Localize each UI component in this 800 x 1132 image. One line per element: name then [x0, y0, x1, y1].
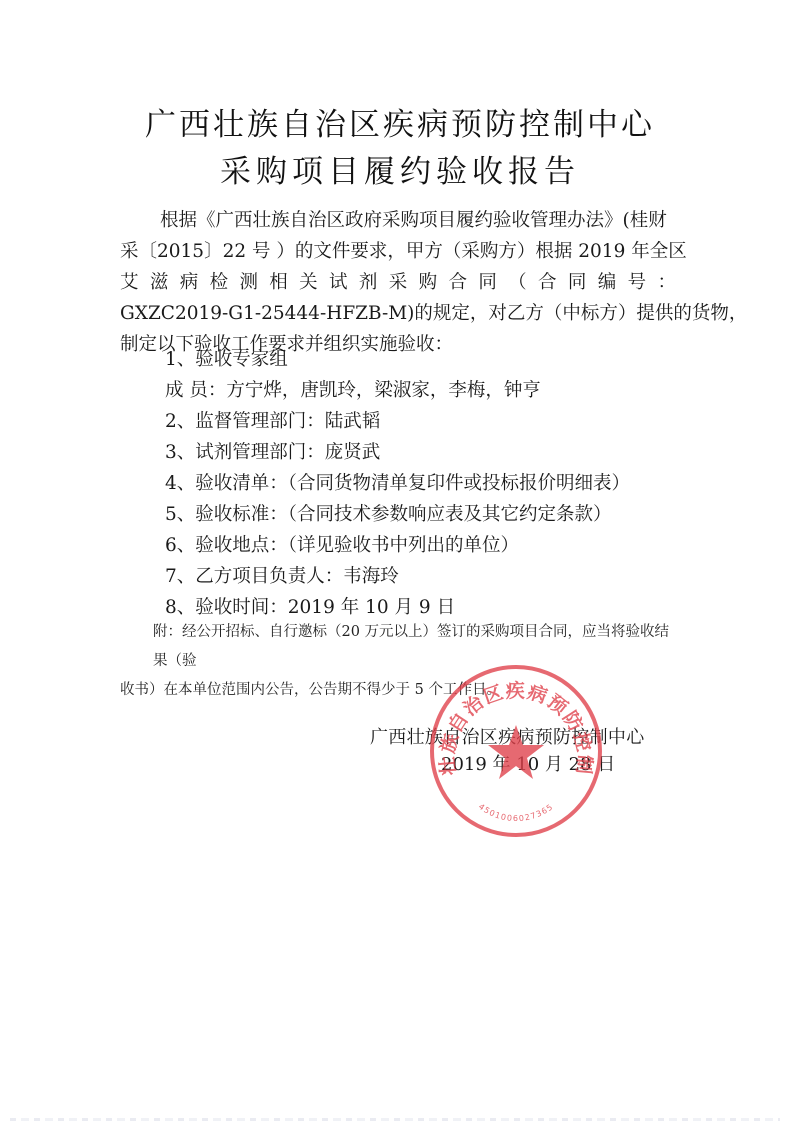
intro-line-3-char: 编	[598, 267, 617, 298]
document-page: 广西壮族自治区疾病预防控制中心 采购项目履约验收报告 根据《广西壮族自治区政府采…	[0, 0, 800, 1132]
list-item-location: 6、验收地点：（详见验收书中列出的单位）	[120, 530, 676, 561]
signature-date: 2019 年 10 月 28 日	[370, 751, 670, 778]
intro-line-3-char: 采	[389, 267, 408, 298]
intro-line-3-char: 测	[239, 267, 258, 298]
list-item-project-lead: 7、乙方项目负责人：韦海玲	[120, 561, 676, 592]
list-item-members: 成 员：方宁烨，唐凯玲，梁淑家，李梅，钟亨	[120, 375, 676, 406]
requirements-list: 1、验收专家组 成 员：方宁烨，唐凯玲，梁淑家，李梅，钟亨 2、监督管理部门：陆…	[120, 344, 676, 623]
intro-line-3-char: 购	[419, 267, 438, 298]
intro-line-3: 艾滋病检测相关试剂采购合同（合同编号：	[120, 267, 676, 298]
note-line-1: 附：经公开招标、自行邀标（20 万元以上）签订的采购项目合同，应当将验收结果（验	[120, 618, 680, 676]
intro-line-3-char: 相	[269, 267, 288, 298]
list-item-reagent-dept: 3、试剂管理部门：庞贤武	[120, 437, 676, 468]
intro-line-3-char: 号	[628, 267, 647, 298]
intro-line-3-char: 同	[478, 267, 497, 298]
list-item-checklist: 4、验收清单：（合同货物清单复印件或投标报价明细表）	[120, 468, 676, 499]
intro-line-3-char: 艾	[120, 267, 139, 298]
scan-artifact	[10, 1118, 780, 1121]
note-line-2: 收书）在本单位范围内公告，公告期不得少于 5 个工作日。	[120, 676, 680, 705]
list-item-supervision-dept: 2、监督管理部门：陆武韬	[120, 406, 676, 437]
intro-line-3-char: 检	[210, 267, 229, 298]
intro-line-3-char: 病	[180, 267, 199, 298]
signature-organization: 广西壮族自治区疾病预防控制中心	[370, 724, 670, 751]
intro-line-1: 根据《广西壮族自治区政府采购项目履约验收管理办法》(桂财	[120, 205, 676, 236]
document-title-report: 采购项目履约验收报告	[0, 146, 800, 191]
intro-line-4: GXZC2019-G1-25444-HFZB-M)的规定，对乙方（中标方）提供的…	[120, 298, 676, 329]
intro-paragraph: 根据《广西壮族自治区政府采购项目履约验收管理办法》(桂财 采〔2015〕22 号…	[120, 205, 676, 360]
intro-line-3-char: 关	[299, 267, 318, 298]
document-title-organization: 广西壮族自治区疾病预防控制中心	[0, 99, 800, 144]
intro-line-3-char: 合	[448, 267, 467, 298]
svg-text:4501006027365: 4501006027365	[477, 802, 555, 823]
intro-line-2: 采〔2015〕22 号 ）的文件要求，甲方（采购方）根据 2019 年全区	[120, 236, 676, 267]
list-item-standard: 5、验收标准：（合同技术参数响应表及其它约定条款）	[120, 499, 676, 530]
intro-line-3-char: 剂	[359, 267, 378, 298]
appendix-note: 附：经公开招标、自行邀标（20 万元以上）签订的采购项目合同，应当将验收结果（验…	[120, 618, 680, 705]
stamp-serial: 4501006027365	[477, 802, 555, 823]
intro-line-3-char: （	[508, 267, 527, 298]
intro-line-3-char: 同	[568, 267, 587, 298]
intro-line-3-char: ：	[657, 267, 676, 298]
intro-line-3-char: 试	[329, 267, 348, 298]
list-item-expert-group: 1、验收专家组	[120, 344, 676, 375]
signature-block: 广西壮族自治区疾病预防控制中心 2019 年 10 月 28 日	[370, 724, 670, 778]
intro-line-3-char: 滋	[150, 267, 169, 298]
intro-line-3-char: 合	[538, 267, 557, 298]
